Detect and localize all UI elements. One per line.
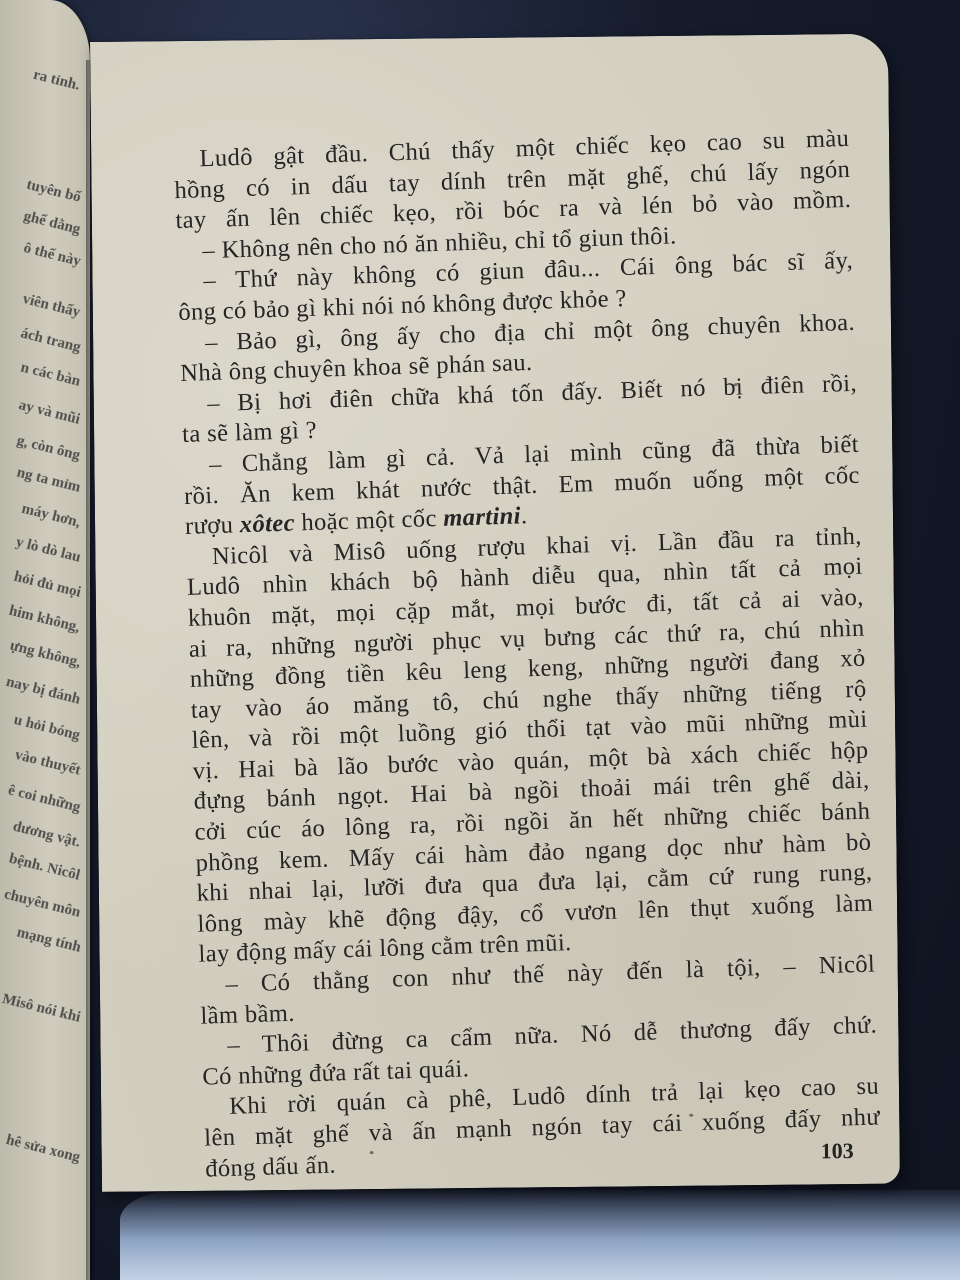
left-page-text-fragment: máy hơn, xyxy=(20,501,82,532)
paper-speck xyxy=(734,383,738,386)
left-facing-page: ra tỉnh.tuyên bốghế dằngô thế nàyviên th… xyxy=(0,0,90,1280)
left-page-text-fragment: mạng tính xyxy=(14,924,82,956)
left-page-text-fragment: him không, xyxy=(8,603,83,637)
paper-speck xyxy=(370,1151,374,1154)
italic-term: xôtec xyxy=(239,510,295,539)
left-page-text-fragment: n các bàn xyxy=(19,360,82,391)
left-page-text-fragment: u hỏi bóng xyxy=(12,712,82,745)
left-page-text-fragment: g, còn ông xyxy=(15,433,82,465)
left-page-text-fragment: ng ta mỉm xyxy=(15,465,82,497)
left-page-text-fragment: ê coi những xyxy=(6,782,82,816)
left-page-text-fragment: chuyên môn xyxy=(2,886,82,921)
text-run: rượu xyxy=(185,511,241,540)
left-page-text-fragment: nay bị đánh xyxy=(4,674,82,709)
left-page-text-fragment: ra tỉnh. xyxy=(32,67,82,95)
left-page-text-fragment: ô thế này xyxy=(21,240,82,271)
left-page-text-fragment: dương vật. xyxy=(11,819,82,852)
left-page-text-fragment: ghế dằng xyxy=(22,208,82,239)
text-run: . xyxy=(520,502,527,529)
left-page-text-fragment: y lò dò lau xyxy=(14,534,82,567)
left-page-text-fragment: tuyên bố xyxy=(24,177,82,207)
left-page-text-fragment: ách trang xyxy=(19,325,83,356)
left-page-text-fragment: ay và mũi xyxy=(17,397,82,429)
left-page-text-fragment: bệnh. Nicôl xyxy=(8,851,82,885)
text-run: hoặc một cốc xyxy=(294,505,443,537)
left-page-text-fragment: Misô nói khi xyxy=(0,991,82,1027)
left-page-text-fragment: vào thuyết xyxy=(13,747,82,780)
left-page-text-fragment: hỏi đủ mọi xyxy=(12,569,82,602)
italic-term: martini xyxy=(443,503,522,532)
left-page-text-fragment: ựng không, xyxy=(8,638,82,672)
page-number: 103 xyxy=(821,1138,854,1164)
left-page-text-fragment: hê sửa xong xyxy=(5,1132,83,1167)
book-page: Ludô gật đầu. Chú thấy một chiếc kẹo cao… xyxy=(90,34,900,1192)
light-cloth-bottom xyxy=(120,1190,960,1280)
left-page-text-fragment: viên thấy xyxy=(21,291,82,322)
page-body-text: Ludô gật đầu. Chú thấy một chiếc kẹo cao… xyxy=(173,124,881,1185)
paper-speck xyxy=(689,1114,693,1117)
